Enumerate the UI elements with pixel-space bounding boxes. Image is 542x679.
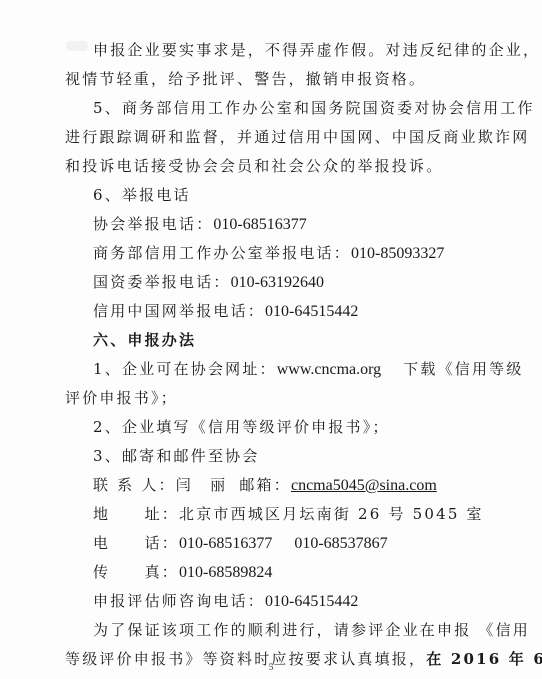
paragraph-line: 进行跟踪调研和监督，并通过信用中国网、中国反商业欺诈网 [65,127,455,147]
hotline-label: 协会举报电话： [93,215,213,233]
step1-prefix: 1、企业可在协会网址： [93,360,277,378]
method-step-1-cont: 评价申报书》； [65,388,455,408]
email-label: 邮箱： [239,476,291,494]
consult-line: 申报评估师咨询电话：010-64515442 [93,591,483,612]
fax-number: 010-68589824 [179,564,272,581]
contact-name: 闫 丽 [176,476,228,494]
method-heading: 六、申报办法 [93,330,483,350]
phone-number-1: 010-68516377 [179,535,272,552]
hotline-item: 信用中国网举报电话：010-64515442 [93,301,483,322]
address-line: 地 址：北京市西城区月坛南街 26 号 5045 室 [93,504,483,524]
paragraph-line: 和投诉电话接受协会会员和社会公众的举报投诉。 [65,156,455,176]
fax-line: 传 真：010-68589824 [93,562,483,583]
closing-line: 为了保证该项工作的顺利进行，请参评企业在申报 《信用 [93,620,483,640]
contact-label: 联 系 人： [93,476,176,494]
document-page: 申报企业要实事求是，不得弄虚作假。对违反纪律的企业， 视情节轻重，给予批评、警告… [0,0,542,679]
scan-smudge [66,41,88,51]
method-step-3: 3、邮寄和邮件至协会 [93,446,483,466]
consult-label: 申报评估师咨询电话： [93,592,265,610]
consult-number: 010-64515442 [265,593,358,610]
contact-line: 联 系 人：闫 丽邮箱：cncma5045@sina.com [93,475,483,496]
step1-suffix: 下载《信用等级 [403,360,523,378]
hotline-heading: 6、举报电话 [93,185,483,205]
address-label: 地 址： [93,505,179,523]
paragraph-line: 5、商务部信用工作办公室和国务院国资委对协会信用工作 [93,98,483,118]
address-value: 北京市西城区月坛南街 26 号 5045 室 [179,505,484,523]
hotline-label: 商务部信用工作办公室举报电话： [93,244,351,262]
hotline-number: 010-64515442 [265,303,358,320]
phone-number-2: 010-68537867 [294,535,387,552]
paragraph-line: 申报企业要实事求是，不得弄虚作假。对违反纪律的企业， [93,40,483,60]
hotline-label: 信用中国网举报电话： [93,302,265,320]
hotline-number: 010-63192640 [231,274,324,291]
paragraph-line: 视情节轻重，给予批评、警告，撤销申报资格。 [65,69,455,89]
website-link[interactable]: www.cncma.org [277,361,381,378]
hotline-number: 010-68516377 [213,216,306,233]
email-link[interactable]: cncma5045@sina.com [291,477,437,494]
page-number: 5 [0,662,542,672]
phone-label: 电 话： [93,534,179,552]
fax-label: 传 真： [93,563,179,581]
hotline-item: 国资委举报电话：010-63192640 [93,272,483,293]
hotline-number: 010-85093327 [351,245,444,262]
method-step-1: 1、企业可在协会网址：www.cncma.org下载《信用等级 [93,359,483,380]
phone-line: 电 话：010-68516377010-68537867 [93,533,483,554]
hotline-label: 国资委举报电话： [93,273,231,291]
method-step-2: 2、企业填写《信用等级评价申报书》； [93,417,483,437]
hotline-item: 协会举报电话：010-68516377 [93,214,483,235]
hotline-item: 商务部信用工作办公室举报电话：010-85093327 [93,243,483,264]
